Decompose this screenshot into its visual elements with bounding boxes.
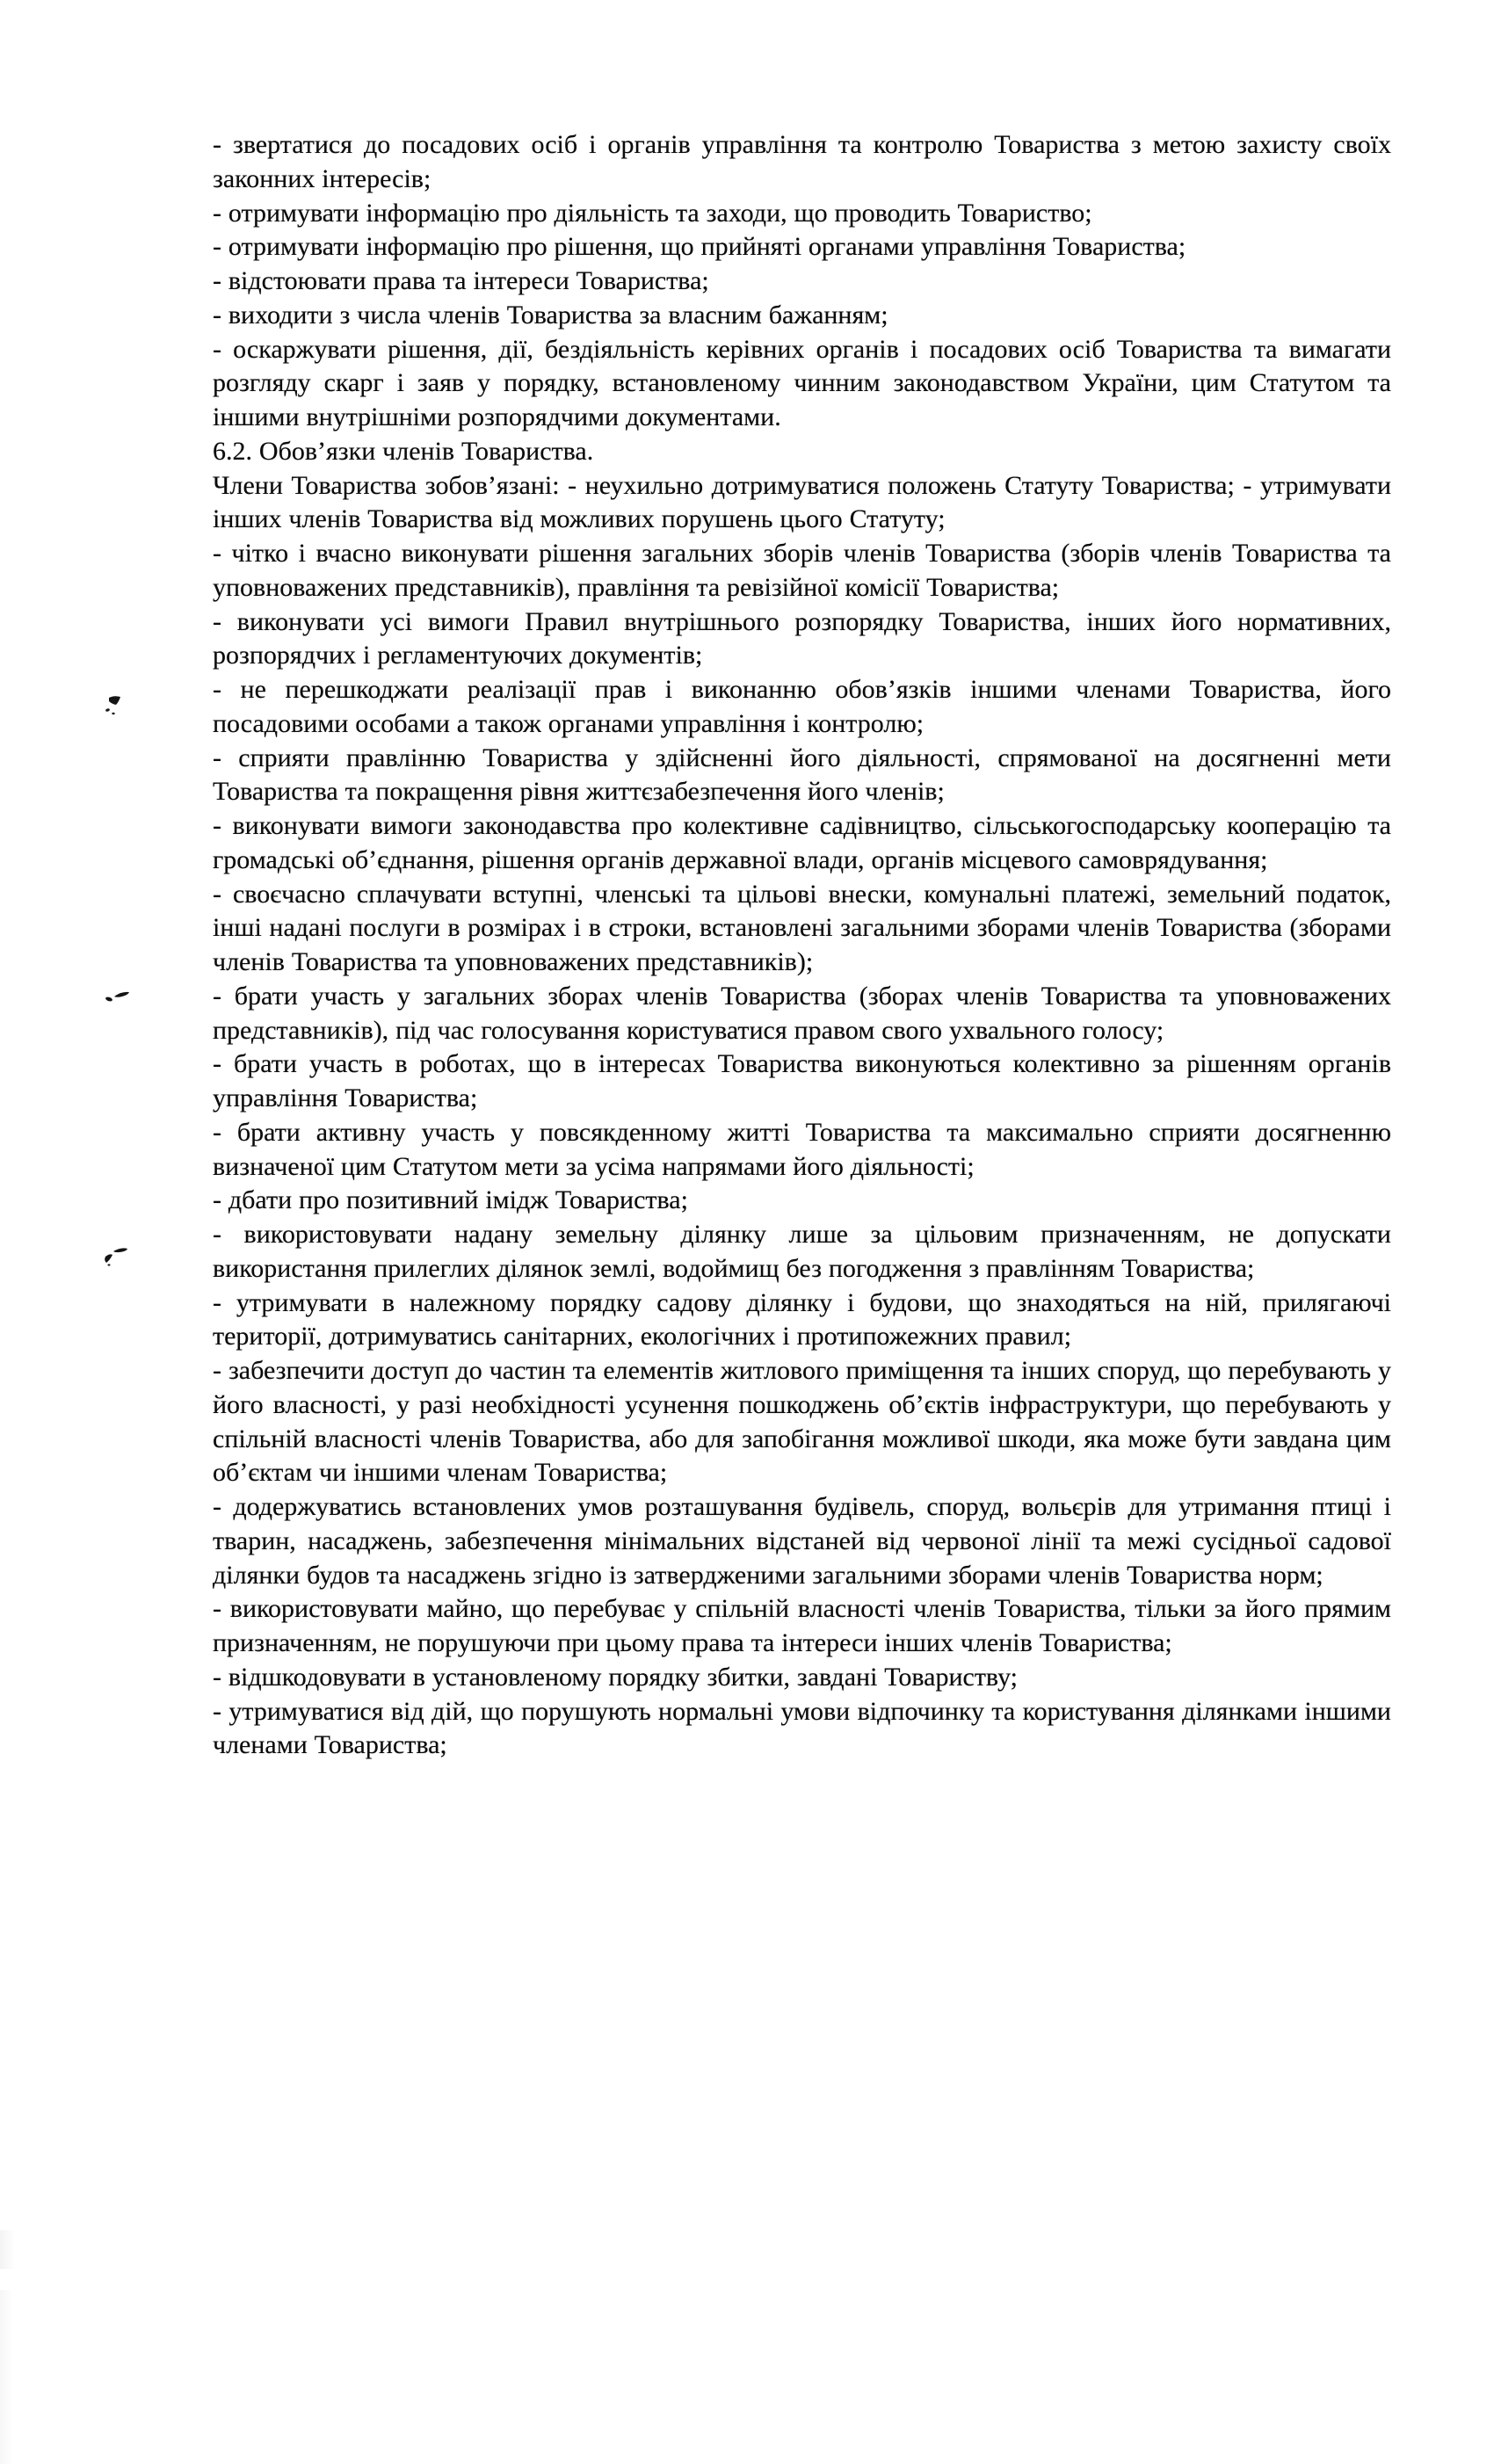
statute-item: - використовувати надану земельну ділянк… xyxy=(213,1218,1391,1286)
statute-item: - чітко і вчасно виконувати рішення зага… xyxy=(213,537,1391,605)
statute-item: - сприяти правлінню Товариства у здійсне… xyxy=(213,742,1391,810)
section-heading: 6.2. Обов’язки членів Товариства. xyxy=(213,435,1391,469)
statute-item: - використовувати майно, що перебуває у … xyxy=(213,1592,1391,1661)
ink-squiggle-artifact xyxy=(98,1237,135,1273)
statute-item: - брати участь в роботах, що в інтересах… xyxy=(213,1047,1391,1116)
statute-item: - забезпечити доступ до частин та елемен… xyxy=(213,1354,1391,1490)
statute-item: - не перешкоджати реалізації прав і вико… xyxy=(213,673,1391,742)
statute-item: - виходити з числа членів Товариства за … xyxy=(213,299,1391,333)
statute-item: - брати участь у загальних зборах членів… xyxy=(213,980,1391,1048)
statute-item: Члени Товариства зобов’язані: - неухильн… xyxy=(213,469,1391,538)
statute-item: - брати активну участь у повсякденному ж… xyxy=(213,1116,1391,1185)
scan-edge-smudge xyxy=(0,2290,13,2464)
statute-item: - виконувати усі вимоги Правил внутрішнь… xyxy=(213,605,1391,674)
statute-item: - отримувати інформацію про діяльність т… xyxy=(213,197,1391,231)
scan-edge-smudge xyxy=(0,2230,16,2269)
statute-item: - додержуватись встановлених умов розташ… xyxy=(213,1490,1391,1592)
statute-item: - виконувати вимоги законодавства про ко… xyxy=(213,809,1391,878)
statute-item: - звертатися до посадових осіб і органів… xyxy=(213,128,1391,197)
statute-item: - відшкодовувати в установленому порядку… xyxy=(213,1661,1391,1695)
statute-item: - утримувати в належному порядку садову … xyxy=(213,1286,1391,1355)
statute-item: - своєчасно сплачувати вступні, членські… xyxy=(213,878,1391,980)
ink-blot-artifact xyxy=(102,693,132,726)
statute-item: - дбати про позитивний імідж Товариства; xyxy=(213,1184,1391,1218)
document-page: - звертатися до посадових осіб і органів… xyxy=(0,0,1501,2464)
document-text: - звертатися до посадових осіб і органів… xyxy=(213,128,1391,1763)
statute-item: - отримувати інформацію про рішення, що … xyxy=(213,230,1391,265)
statute-item: - відстоювати права та інтереси Товарист… xyxy=(213,265,1391,299)
statute-item: - оскаржувати рішення, дії, бездіяльніст… xyxy=(213,333,1391,435)
statute-item: - утримуватися від дій, що порушують нор… xyxy=(213,1695,1391,1764)
ink-dash-artifact xyxy=(100,984,135,1011)
